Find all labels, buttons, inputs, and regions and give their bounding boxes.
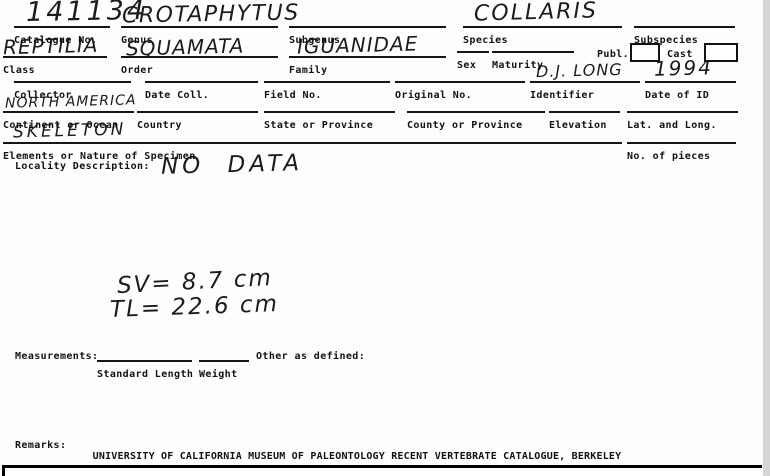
handwritten-genus: CROTAPHYTUS bbox=[122, 2, 300, 27]
collector-label: Collector bbox=[14, 89, 72, 101]
standard-length-label: Standard Length bbox=[97, 368, 193, 380]
genus-label: Genus bbox=[121, 34, 153, 46]
date-of-id-label: Date of ID bbox=[645, 89, 709, 101]
remarks-label: Remarks: bbox=[15, 440, 66, 451]
field-elevation: Elevation bbox=[549, 111, 620, 132]
field-genus: Genus bbox=[121, 26, 278, 47]
field-collector: Collector bbox=[14, 81, 131, 102]
next-card-edge bbox=[2, 465, 762, 476]
field-class: Class bbox=[3, 56, 107, 77]
catalogue-no-label: Catalogue No. bbox=[14, 34, 97, 46]
field-order: Order bbox=[121, 56, 278, 77]
field-standard-length: Standard Length bbox=[97, 360, 192, 381]
field-subgenus: Subgenus bbox=[289, 26, 446, 47]
field-date-of-id: Date of ID bbox=[645, 81, 736, 102]
sex-label: Sex bbox=[457, 59, 476, 71]
field-original-no: Original No. bbox=[395, 81, 525, 102]
species-label: Species bbox=[463, 34, 508, 46]
field-country: Country bbox=[137, 111, 258, 132]
locality-description-label: Locality Description: bbox=[15, 161, 150, 172]
family-label: Family bbox=[289, 64, 328, 76]
field-date-coll: Date Coll. bbox=[145, 81, 258, 102]
handwritten-species: COLLARIS bbox=[474, 0, 599, 25]
scan-edge bbox=[763, 0, 770, 476]
measurements-label: Measurements: bbox=[15, 351, 98, 362]
elevation-label: Elevation bbox=[549, 119, 607, 131]
date-coll-label: Date Coll. bbox=[145, 89, 209, 101]
no-of-pieces-label: No. of pieces bbox=[627, 150, 710, 162]
order-label: Order bbox=[121, 64, 153, 76]
field-sex: Sex bbox=[457, 51, 489, 72]
subgenus-label: Subgenus bbox=[289, 34, 340, 46]
field-no-of-pieces: No. of pieces bbox=[627, 142, 736, 163]
field-continent: Continent or Ocean bbox=[3, 111, 134, 132]
continent-label: Continent or Ocean bbox=[3, 119, 119, 131]
catalogue-card: 141134 CROTAPHYTUS COLLARIS REPTILIA SQU… bbox=[0, 0, 770, 476]
country-label: Country bbox=[137, 119, 182, 131]
publ-checkbox bbox=[630, 43, 660, 62]
field-field-no: Field No. bbox=[264, 81, 390, 102]
maturity-label: Maturity bbox=[492, 59, 543, 71]
cast-label: Cast bbox=[667, 49, 693, 60]
field-weight: Weight bbox=[199, 360, 249, 381]
field-catalogue-no: Catalogue No. bbox=[14, 26, 110, 47]
publ-label: Publ. bbox=[597, 49, 629, 60]
state-label: State or Province bbox=[264, 119, 373, 131]
footer-title: UNIVERSITY OF CALIFORNIA MUSEUM OF PALEO… bbox=[0, 451, 714, 462]
field-maturity: Maturity bbox=[492, 51, 574, 72]
field-identifier: Identifier bbox=[530, 81, 640, 102]
field-species: Species bbox=[463, 26, 622, 47]
original-no-label: Original No. bbox=[395, 89, 472, 101]
field-elements: Elements or Nature of Specimen bbox=[3, 142, 622, 163]
identifier-label: Identifier bbox=[530, 89, 594, 101]
field-state: State or Province bbox=[264, 111, 395, 132]
lat-long-label: Lat. and Long. bbox=[627, 119, 717, 131]
field-lat-long: Lat. and Long. bbox=[627, 111, 738, 132]
field-no-label: Field No. bbox=[264, 89, 322, 101]
field-family: Family bbox=[289, 56, 446, 77]
county-label: County or Province bbox=[407, 119, 523, 131]
weight-label: Weight bbox=[199, 368, 238, 380]
handwritten-measurement-tl: TL= 22.6 cm bbox=[110, 293, 280, 322]
other-as-defined-label: Other as defined: bbox=[256, 351, 365, 362]
cast-checkbox bbox=[704, 43, 738, 62]
field-county: County or Province bbox=[407, 111, 545, 132]
class-label: Class bbox=[3, 64, 35, 76]
